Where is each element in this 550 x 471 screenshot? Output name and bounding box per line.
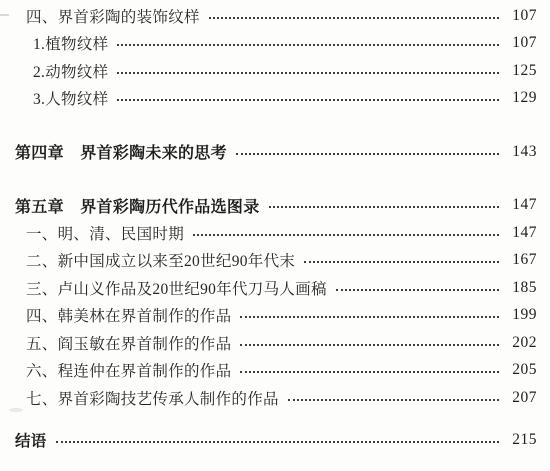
- dot-leader: [117, 70, 499, 74]
- toc-entry: 第四章 界首彩陶未来的思考 143: [0, 138, 550, 166]
- toc-entry: 三、卢山义作品及20世纪90年代刀马人画稿 185: [0, 274, 550, 302]
- toc-entry-label: 二、新中国成立以来至20世纪90年代末: [26, 249, 295, 271]
- toc-entry-page: 147: [507, 196, 537, 214]
- toc-entry-label: 五、阎玉敏在界首制作的作品: [26, 332, 231, 354]
- toc-entry-label: 七、界首彩陶技艺传承人制作的作品: [26, 387, 279, 409]
- toc-entry-label: 一、明、清、民国时期: [26, 222, 184, 244]
- toc-entry-label: 四、韩美林在界首制作的作品: [26, 304, 231, 326]
- toc-entry-label: 结语: [15, 429, 47, 451]
- toc-entry-page: 202: [507, 334, 537, 352]
- toc-entry-label: 第五章 界首彩陶历代作品选图录: [15, 194, 260, 217]
- toc-entry-label: 四、界首彩陶的装饰纹样: [26, 5, 200, 27]
- toc-entry-label: 3.人物纹样: [33, 87, 108, 109]
- toc-entry-page: 199: [507, 306, 537, 324]
- toc-entry-label: 三、卢山义作品及20世纪90年代刀马人画稿: [26, 277, 327, 299]
- book-toc-page: 四、界首彩陶的装饰纹样 107 1.植物纹样 107 2.动物纹样 125 3.…: [0, 0, 550, 471]
- toc-entry-page: 129: [507, 89, 537, 107]
- dot-leader: [269, 204, 499, 208]
- toc-entry-page: 125: [507, 62, 537, 80]
- toc-list: 四、界首彩陶的装饰纹样 107 1.植物纹样 107 2.动物纹样 125 3.…: [0, 2, 550, 454]
- toc-entry-label: 1.植物纹样: [33, 32, 108, 54]
- toc-entry: 1.植物纹样 107: [0, 30, 550, 58]
- toc-entry-page: 215: [507, 431, 537, 449]
- dot-leader: [304, 259, 499, 263]
- toc-entry-page: 147: [507, 224, 537, 242]
- toc-entry-page: 185: [507, 279, 537, 297]
- toc-entry: 结语 215: [0, 427, 550, 455]
- dot-leader: [117, 42, 499, 46]
- toc-entry: 五、阎玉敏在界首制作的作品 202: [0, 329, 550, 357]
- toc-entry: 四、韩美林在界首制作的作品 199: [0, 302, 550, 330]
- toc-entry-page: 143: [507, 143, 537, 161]
- dot-leader: [236, 151, 499, 155]
- toc-entry-page: 107: [507, 7, 537, 25]
- dot-leader: [288, 397, 499, 401]
- toc-entry: 七、界首彩陶技艺传承人制作的作品 207: [0, 384, 550, 412]
- dot-leader: [209, 15, 499, 19]
- toc-entry-page: 207: [507, 389, 537, 407]
- dot-leader: [240, 314, 499, 318]
- toc-entry-label: 六、程连仲在界首制作的作品: [26, 359, 231, 381]
- dot-leader: [56, 439, 499, 443]
- toc-entry: 六、程连仲在界首制作的作品 205: [0, 357, 550, 385]
- dot-leader: [336, 287, 499, 291]
- dot-leader: [240, 342, 499, 346]
- toc-entry: 四、界首彩陶的装饰纹样 107: [0, 2, 550, 30]
- toc-entry-page: 205: [507, 361, 537, 379]
- toc-entry-label: 2.动物纹样: [33, 60, 108, 82]
- dot-leader: [240, 369, 499, 373]
- toc-entry-page: 167: [507, 251, 537, 269]
- toc-entry: 3.人物纹样 129: [0, 85, 550, 113]
- dot-leader: [117, 97, 499, 101]
- toc-entry-label: 第四章 界首彩陶未来的思考: [15, 140, 227, 163]
- toc-entry: 第五章 界首彩陶历代作品选图录 147: [0, 192, 550, 220]
- toc-entry: 二、新中国成立以来至20世纪90年代末 167: [0, 247, 550, 275]
- toc-entry: 2.动物纹样 125: [0, 57, 550, 85]
- dot-leader: [193, 232, 499, 236]
- toc-entry: 一、明、清、民国时期 147: [0, 219, 550, 247]
- toc-entry-page: 107: [507, 34, 537, 52]
